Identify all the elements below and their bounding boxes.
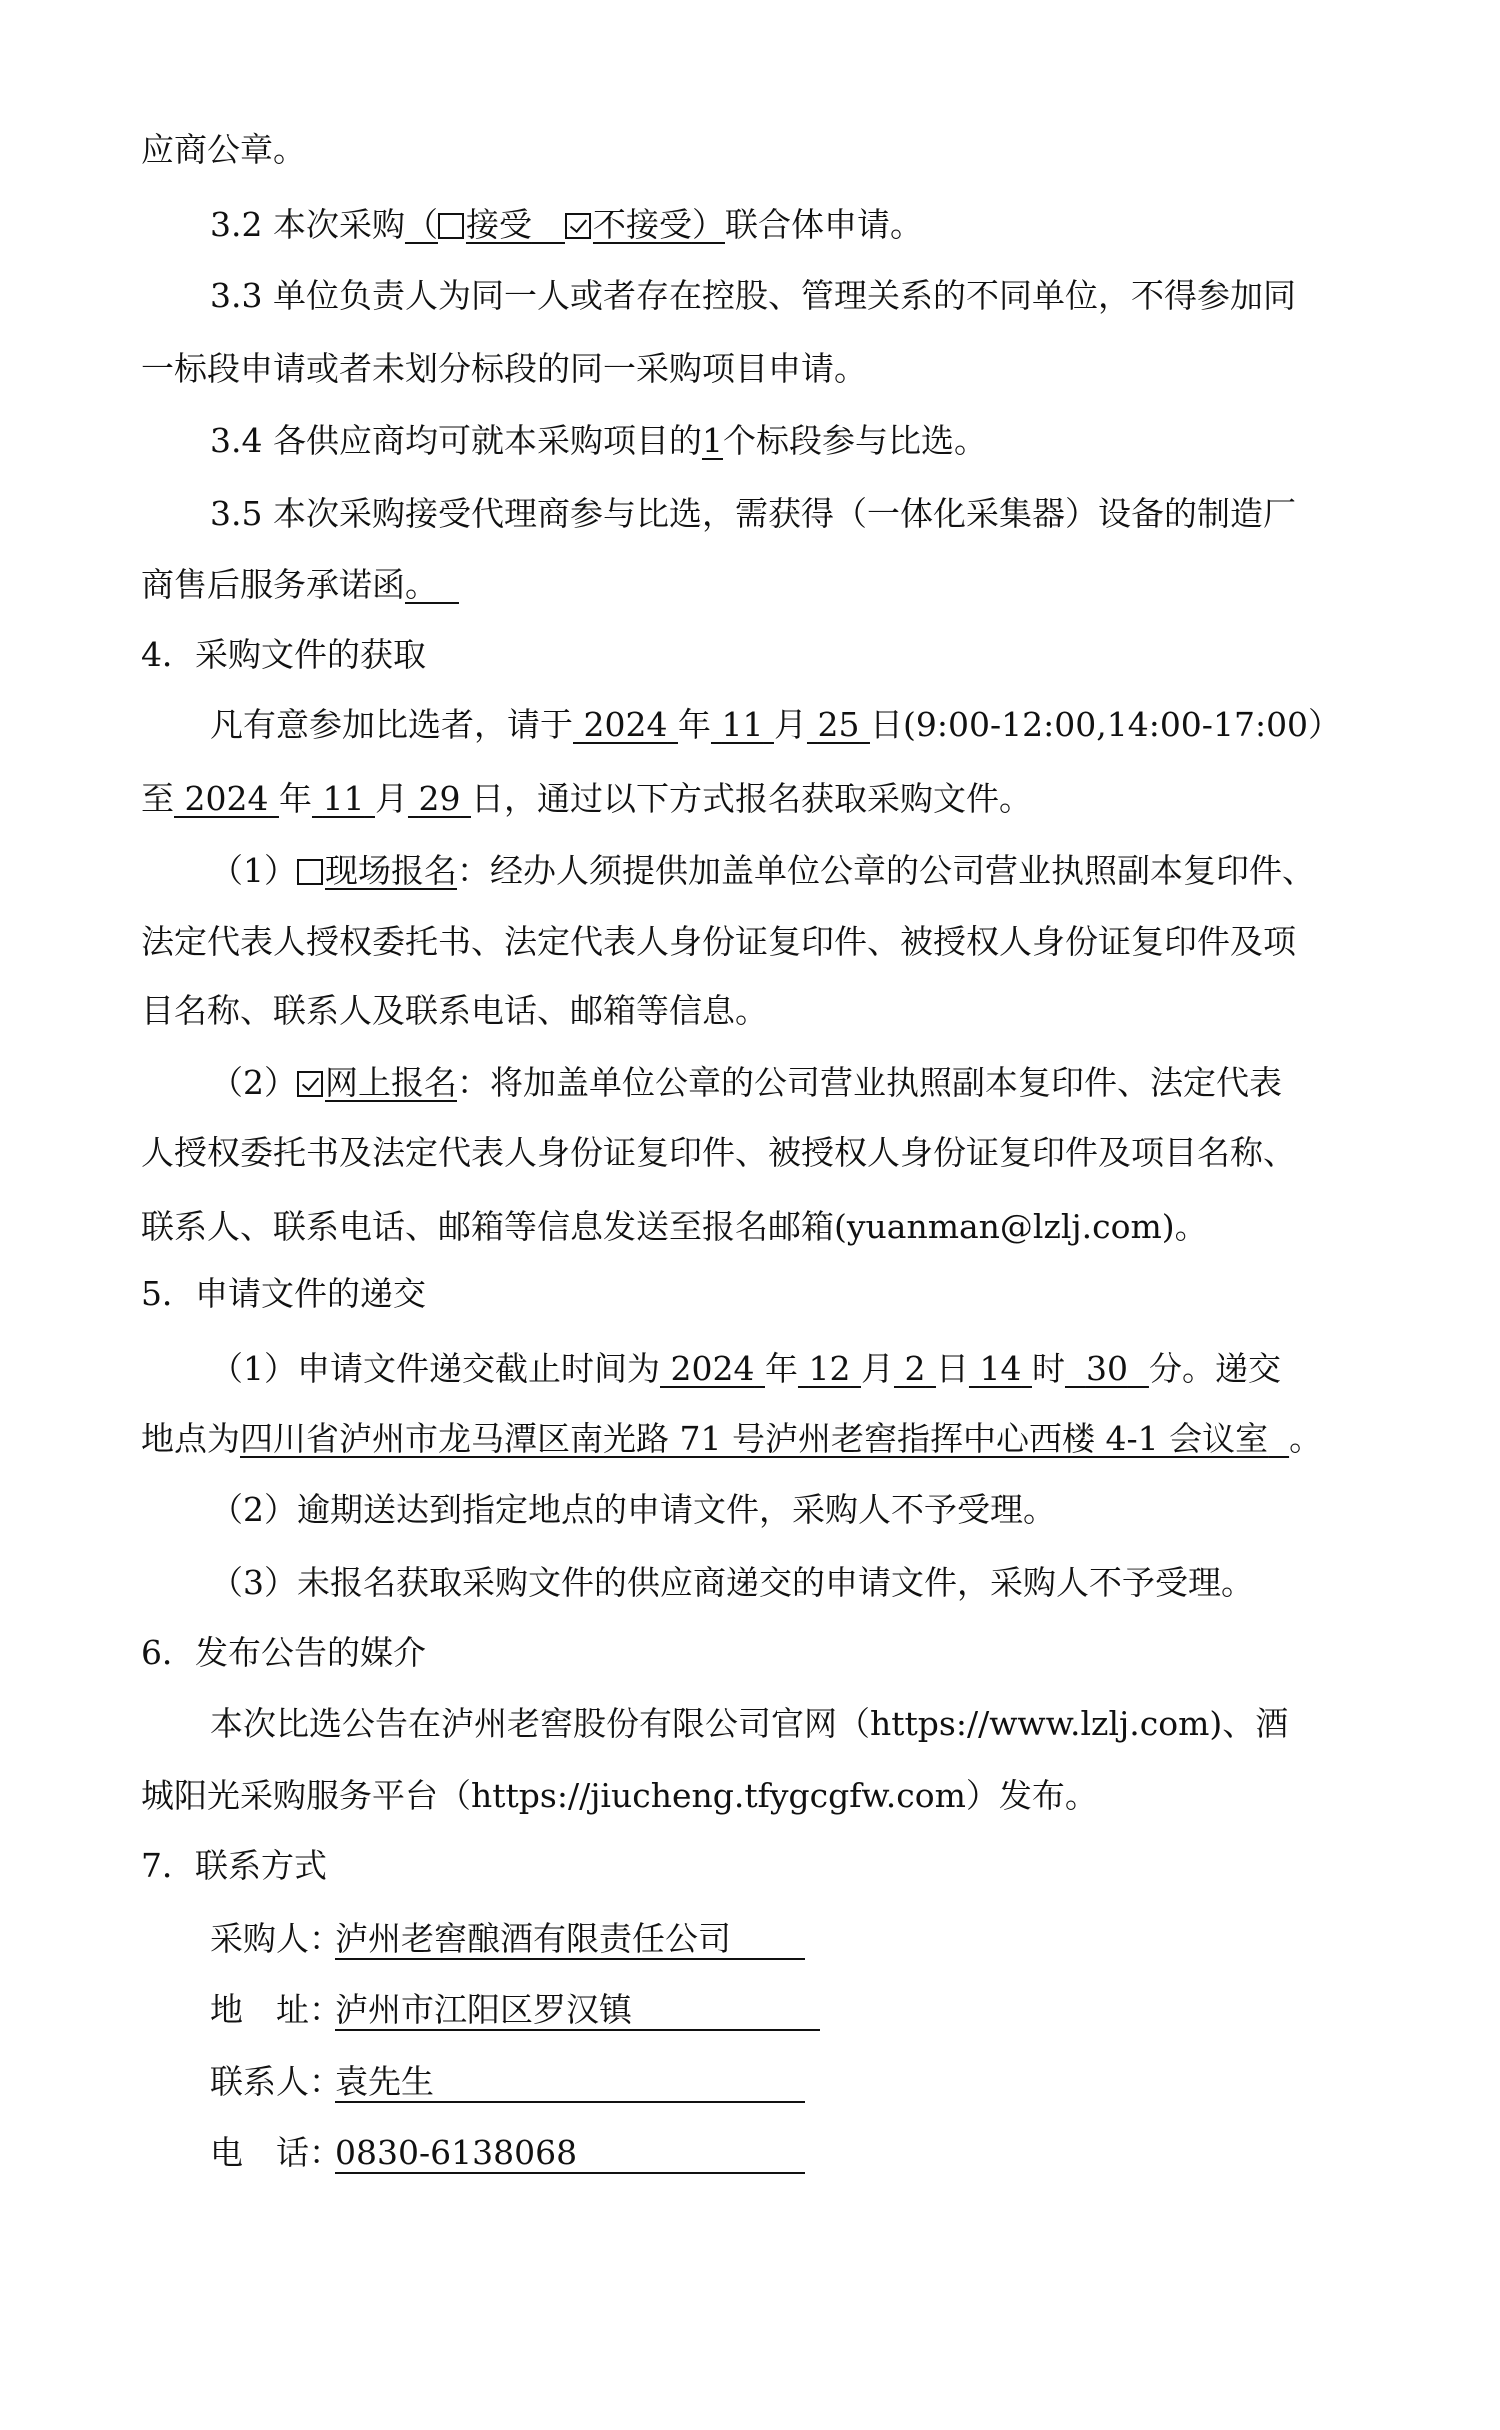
option-not-accept-label: 不接受 [593, 205, 692, 244]
late-submission-line: （2）逾期送达到指定地点的申请文件，采购人不予受理。 [210, 1485, 1370, 1535]
deadline-day: 2 [894, 1344, 936, 1394]
heading-text: 5．申请文件的递交 [141, 1274, 426, 1313]
deadline-year: 2024 [660, 1344, 765, 1394]
text: 地点为 [141, 1419, 240, 1458]
registration-online-line2: 人授权委托书及法定代表人身份证复印件、被授权人身份证复印件及项目名称、 [141, 1128, 1370, 1178]
clause-3-5-line2: 商售后服务承诺函。 [141, 560, 1370, 610]
end-month: 11 [312, 774, 375, 824]
hour-label: 时 [1032, 1349, 1065, 1388]
clause-suffix: 联合体申请。 [725, 205, 923, 244]
underlined-tail: 。 [405, 560, 438, 610]
text: ：经办人须提供加盖单位公章的公司营业执照副本复印件、 [457, 851, 1315, 890]
heading-text: 6．发布公告的媒介 [141, 1633, 426, 1672]
contact-phone: 电 话：0830-6138068 [210, 2128, 1370, 2178]
deadline-month: 12 [798, 1344, 861, 1394]
onsite-label: 现场报名 [325, 851, 457, 890]
section-6-heading: 6．发布公告的媒介 [141, 1628, 1370, 1678]
item-number: （1） [210, 851, 297, 890]
hours: (9:00-12:00,14:00-17:00） [903, 705, 1341, 744]
text: 法定代表人授权委托书、法定代表人身份证复印件、被授权人身份证复印件及项 [141, 922, 1296, 961]
item-number: （2） [210, 1063, 297, 1102]
deadline-hour: 14 [969, 1344, 1032, 1394]
start-year: 2024 [573, 700, 678, 750]
registration-online-line3: 联系人、联系电话、邮箱等信息发送至报名邮箱(yuanman@lzlj.com)。 [141, 1202, 1370, 1252]
text: 日，通过以下方式报名获取采购文件。 [471, 779, 1032, 818]
contact-value: 泸州老窖酿酒有限责任公司 [335, 1914, 805, 1960]
year-label: 年 [678, 705, 711, 744]
section-7-heading: 7．联系方式 [141, 1841, 1370, 1891]
text: 3.4 各供应商均可就本采购项目的 [210, 421, 702, 460]
clause-3-3-line2: 一标段申请或者未划分标段的同一采购项目申请。 [141, 344, 1370, 394]
option-accept-label: 接受 [466, 205, 532, 244]
checkbox-accept-icon[interactable] [438, 213, 464, 239]
text: 应商公章。 [141, 130, 306, 169]
year-label: 年 [765, 1349, 798, 1388]
section-4-dates-line1: 凡有意参加比选者，请于 2024 年 11 月 25 日(9:00-12:00,… [210, 700, 1370, 750]
text: 商售后服务承诺函 [141, 565, 405, 604]
onsite-option: 现场报名 [297, 851, 457, 890]
clause-text: 3.2 本次采购 [210, 205, 405, 244]
underline-blank [438, 560, 459, 610]
text: 一标段申请或者未划分标段的同一采购项目申请。 [141, 349, 867, 388]
submission-place-line: 地点为四川省泸州市龙马潭区南光路 71 号泸州老窖指挥中心西楼 4-1 会议室 … [141, 1414, 1370, 1464]
month-label: 月 [861, 1349, 894, 1388]
clause-3-4: 3.4 各供应商均可就本采购项目的1个标段参与比选。 [210, 416, 1370, 466]
consortium-options: （接受 不接受） [405, 205, 725, 244]
paren-close: ） [692, 205, 725, 244]
media-line2: 城阳光采购服务平台（https://jiucheng.tfygcgfw.com）… [141, 1771, 1370, 1821]
text: 至 [141, 779, 174, 818]
contact-person: 联系人：袁先生 [210, 2057, 1370, 2107]
section-4-heading: 4．采购文件的获取 [141, 630, 1370, 680]
contact-label: 采购人： [210, 1914, 335, 1964]
year-label: 年 [279, 779, 312, 818]
end-year: 2024 [174, 774, 279, 824]
deadline-minute: 30 [1065, 1344, 1149, 1394]
clause-3-3-line1: 3.3 单位负责人为同一人或者存在控股、管理关系的不同单位，不得参加同 [210, 271, 1370, 321]
text: 3.5 本次采购接受代理商参与比选，需获得（一体化采集器）设备的制造厂 [210, 494, 1296, 533]
month-label: 月 [375, 779, 408, 818]
day-label: 日 [870, 705, 903, 744]
day-label: 日 [936, 1349, 969, 1388]
media-line1: 本次比选公告在泸州老窖股份有限公司官网（https://www.lzlj.com… [210, 1699, 1370, 1749]
text: 。 [1289, 1419, 1322, 1458]
registration-onsite-line1: （1）现场报名：经办人须提供加盖单位公章的公司营业执照副本复印件、 [210, 846, 1370, 896]
section-4-dates-line2: 至 2024 年 11 月 29 日，通过以下方式报名获取采购文件。 [141, 774, 1370, 824]
document-page: 应商公章。 3.2 本次采购（接受 不接受）联合体申请。 3.3 单位负责人为同… [0, 0, 1500, 2430]
contact-label: 联系人： [210, 2057, 335, 2107]
online-label: 网上报名 [325, 1063, 457, 1102]
text: 人授权委托书及法定代表人身份证复印件、被授权人身份证复印件及项目名称、 [141, 1133, 1296, 1172]
submission-place: 四川省泸州市龙马潭区南光路 71 号泸州老窖指挥中心西楼 4-1 会议室 [240, 1414, 1289, 1464]
end-day: 29 [408, 774, 471, 824]
text: 个标段参与比选。 [723, 421, 987, 460]
text: 联系人、联系电话、邮箱等信息发送至报名邮箱(yuanman@lzlj.com)。 [141, 1207, 1208, 1246]
checkbox-onsite-icon[interactable] [297, 859, 323, 885]
text: （3）未报名获取采购文件的供应商递交的申请文件，采购人不予受理。 [210, 1563, 1254, 1602]
submission-deadline-line: （1）申请文件递交截止时间为 2024 年 12 月 2 日 14 时 30 分… [210, 1344, 1370, 1394]
start-month: 11 [711, 700, 774, 750]
text: 本次比选公告在泸州老窖股份有限公司官网（https://www.lzlj.com… [210, 1704, 1288, 1743]
checkbox-online-checked-icon[interactable] [297, 1071, 323, 1097]
contact-address: 地 址：泸州市江阳区罗汉镇 [210, 1985, 1370, 2035]
heading-text: 7．联系方式 [141, 1846, 327, 1885]
contact-purchaser: 采购人：泸州老窖酿酒有限责任公司 [210, 1914, 1370, 1964]
month-label: 月 [774, 705, 807, 744]
checkbox-not-accept-checked-icon[interactable] [565, 213, 591, 239]
unregistered-submission-line: （3）未报名获取采购文件的供应商递交的申请文件，采购人不予受理。 [210, 1558, 1370, 1608]
registration-onsite-line2: 法定代表人授权委托书、法定代表人身份证复印件、被授权人身份证复印件及项 [141, 917, 1370, 967]
section-5-heading: 5．申请文件的递交 [141, 1269, 1370, 1319]
text: ：将加盖单位公章的公司营业执照副本复印件、法定代表 [457, 1063, 1282, 1102]
text: 凡有意参加比选者，请于 [210, 705, 573, 744]
paren-open: （ [405, 205, 438, 244]
paragraph-line: 应商公章。 [141, 125, 1370, 175]
contact-label: 电 话： [210, 2128, 335, 2178]
text: 城阳光采购服务平台（https://jiucheng.tfygcgfw.com）… [141, 1776, 1098, 1815]
online-option: 网上报名 [297, 1063, 457, 1102]
clause-3-2: 3.2 本次采购（接受 不接受）联合体申请。 [210, 200, 1370, 250]
contact-value: 0830-6138068 [335, 2128, 805, 2174]
clause-3-5-line1: 3.5 本次采购接受代理商参与比选，需获得（一体化采集器）设备的制造厂 [210, 489, 1370, 539]
text: 3.3 单位负责人为同一人或者存在控股、管理关系的不同单位，不得参加同 [210, 276, 1296, 315]
lot-count: 1 [702, 421, 723, 460]
minute-label: 分。递交 [1149, 1349, 1281, 1388]
heading-text: 4．采购文件的获取 [141, 635, 426, 674]
registration-online-line1: （2）网上报名：将加盖单位公章的公司营业执照副本复印件、法定代表 [210, 1058, 1370, 1108]
text: （1）申请文件递交截止时间为 [210, 1349, 660, 1388]
registration-onsite-line3: 目名称、联系人及联系电话、邮箱等信息。 [141, 986, 1370, 1036]
text: 目名称、联系人及联系电话、邮箱等信息。 [141, 991, 768, 1030]
contact-label: 地 址： [210, 1985, 335, 2035]
contact-value: 袁先生 [335, 2057, 805, 2103]
text: （2）逾期送达到指定地点的申请文件，采购人不予受理。 [210, 1490, 1056, 1529]
start-day: 25 [807, 700, 870, 750]
contact-value: 泸州市江阳区罗汉镇 [335, 1985, 820, 2031]
